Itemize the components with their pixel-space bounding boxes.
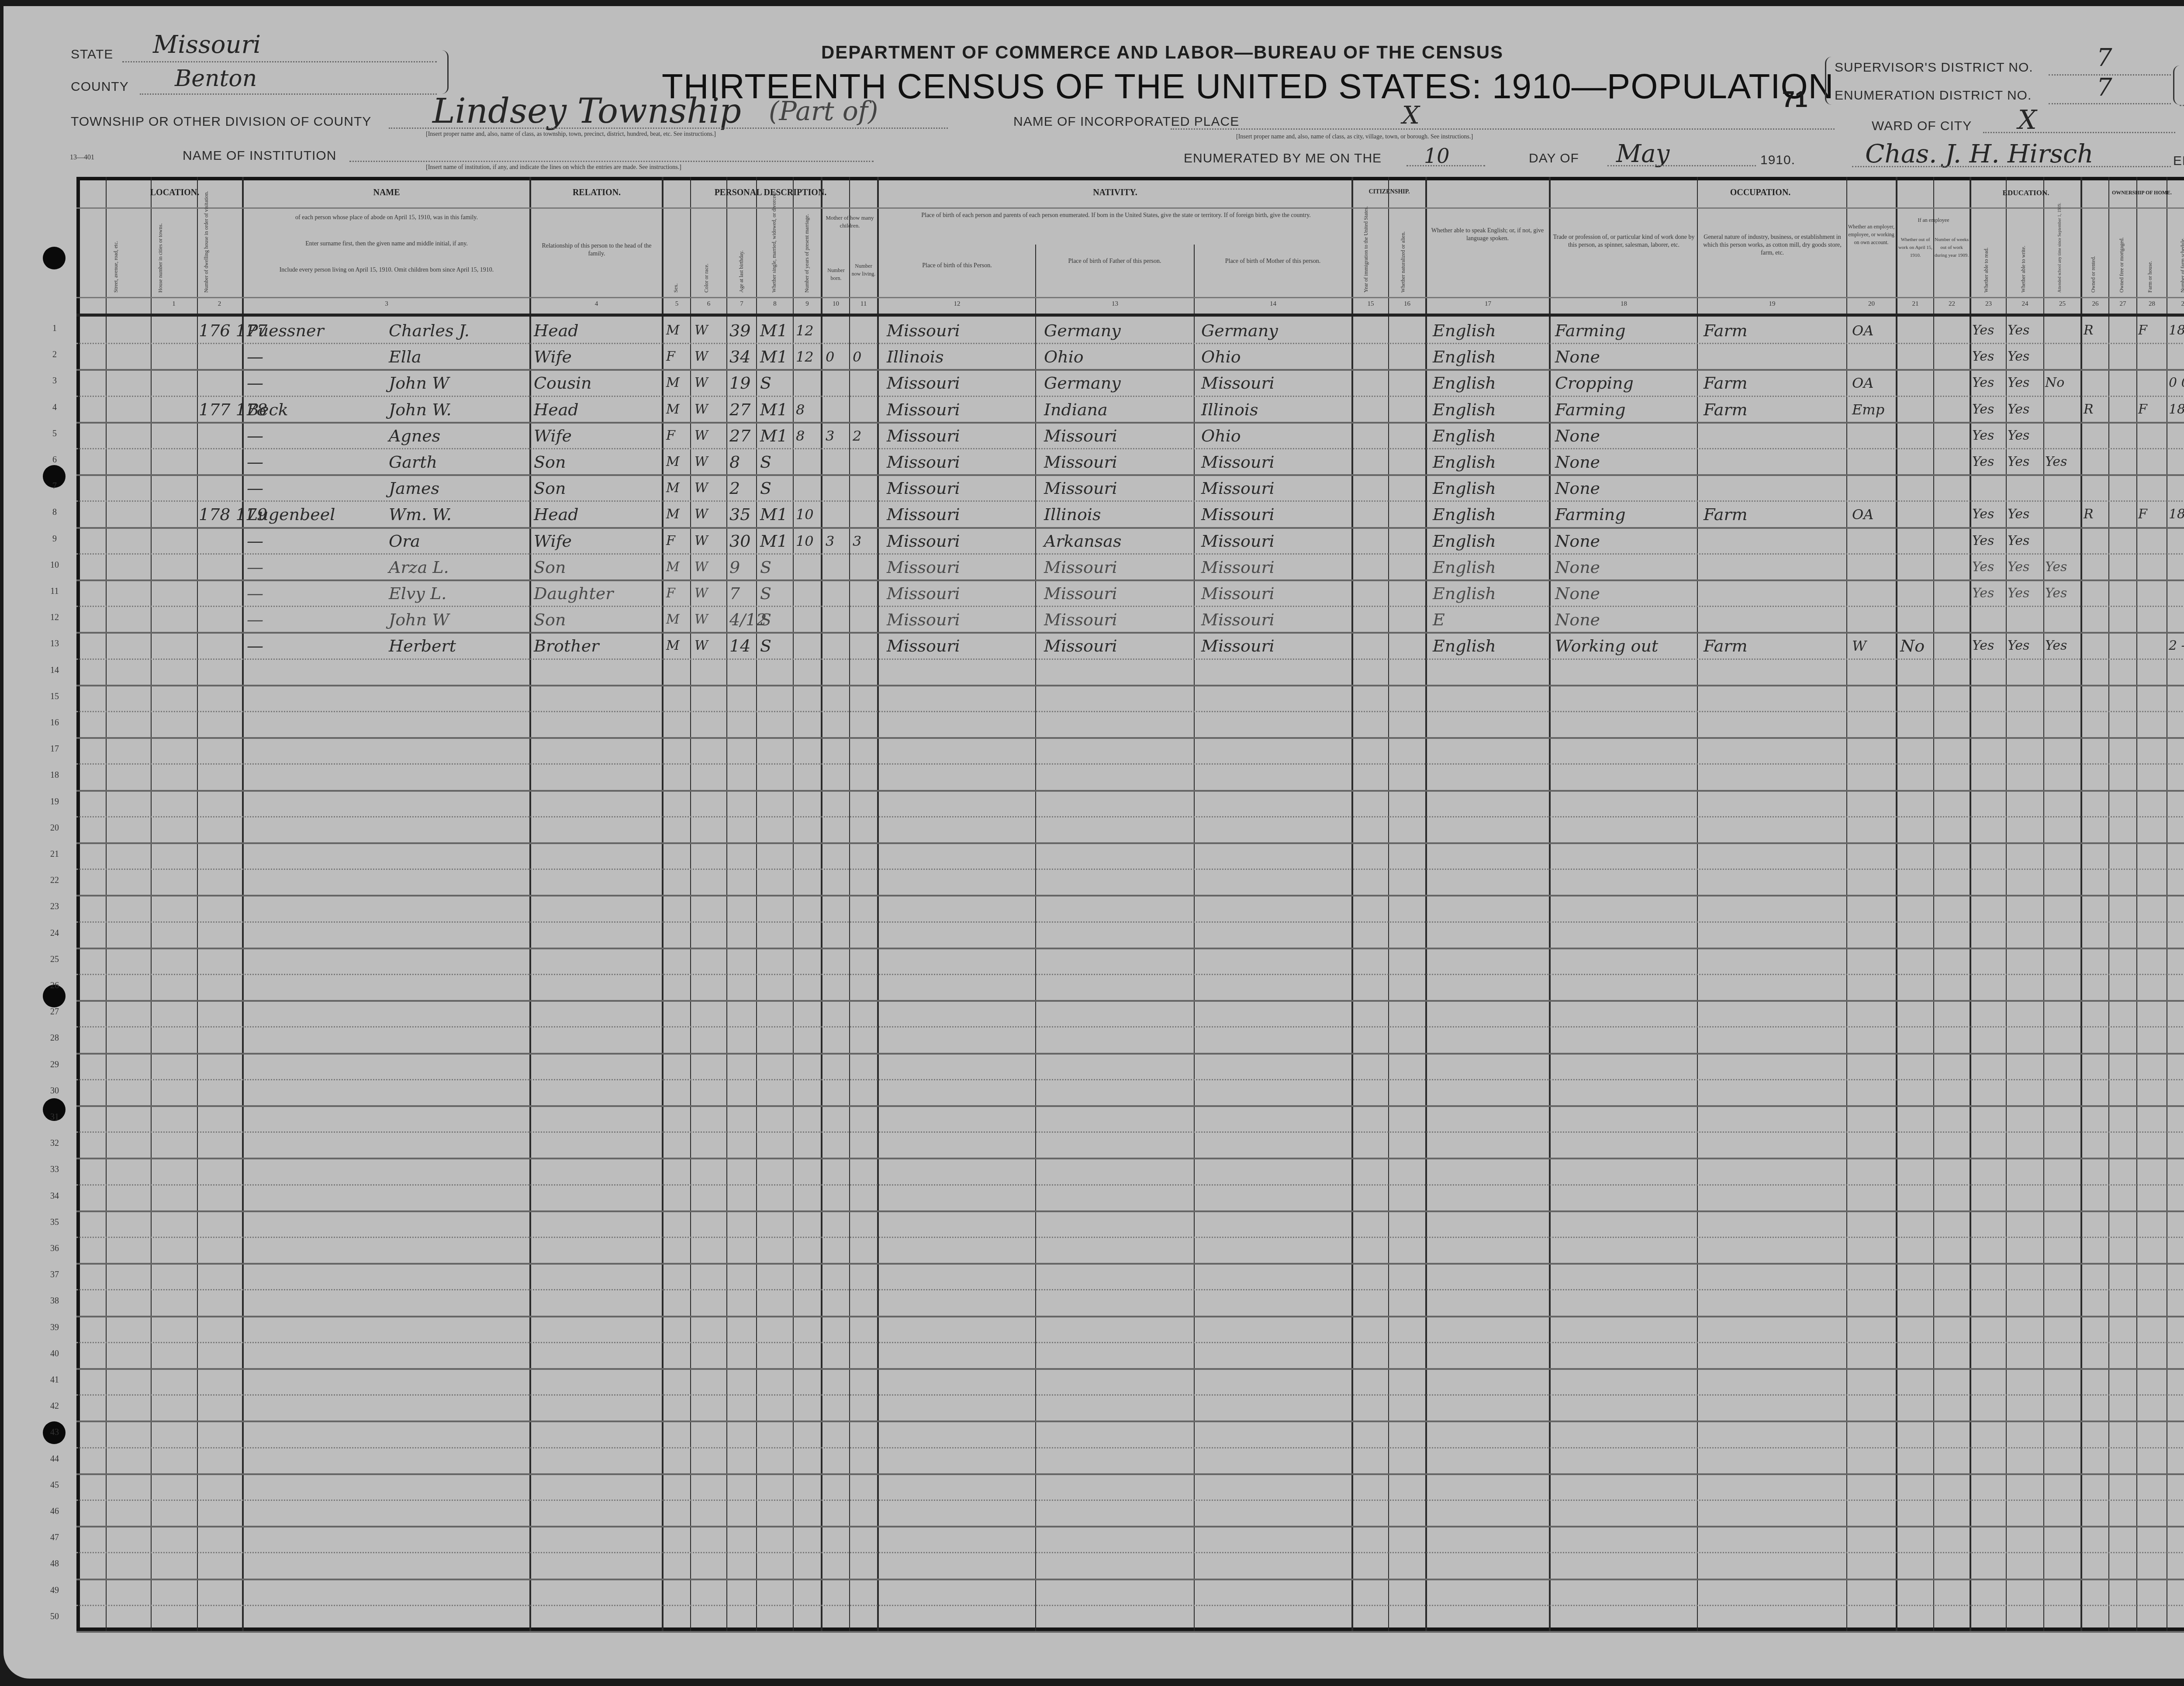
- line-number: 21: [46, 849, 63, 859]
- row-rule: [76, 1473, 2184, 1475]
- cell-surname: —: [247, 607, 263, 633]
- cell-given: Ella: [389, 344, 422, 370]
- col-number: 19: [1698, 300, 1846, 308]
- cell-pob-father: Germany: [1044, 317, 1121, 344]
- col-number: 14: [1195, 300, 1351, 308]
- col-line: [106, 177, 107, 1631]
- cell-write: Yes: [2008, 449, 2029, 475]
- cell-race: W: [695, 501, 708, 528]
- line-number: 7: [46, 481, 63, 491]
- header-marital: Whether single, married, widowed, or div…: [771, 214, 778, 293]
- cell-years: 12: [796, 344, 814, 370]
- cell-trade: None: [1555, 554, 1600, 580]
- cell-living: 0: [853, 344, 861, 370]
- cell-pob-mother: Missouri: [1201, 370, 1275, 396]
- supervisor-label: Supervisor's District No.: [1835, 60, 2033, 75]
- township-line: [389, 128, 948, 129]
- cell-schedule: 183: [2169, 501, 2184, 528]
- cell-farm: F: [2138, 501, 2147, 528]
- bracket: [442, 50, 449, 94]
- row-rule: [76, 1131, 2184, 1133]
- cell-marital: S: [760, 449, 771, 475]
- row-rule: [76, 763, 2184, 765]
- cell-trade: None: [1555, 528, 1600, 554]
- header-born: Number born.: [822, 266, 850, 282]
- cell-read: Yes: [1972, 317, 1994, 344]
- cell-surname: —: [247, 528, 263, 554]
- header-rule: [76, 314, 2184, 317]
- cell-language: English: [1433, 580, 1496, 607]
- col-number: 1: [151, 300, 197, 308]
- row-rule: [76, 1368, 2184, 1370]
- cell-born: 3: [826, 528, 834, 554]
- cell-sex: M: [666, 370, 680, 396]
- header-naturalized: Whether naturalized or alien.: [1400, 214, 1406, 293]
- line-number: 24: [46, 928, 63, 938]
- cell-pob: Missouri: [887, 501, 960, 528]
- cell-farm: F: [2138, 317, 2147, 344]
- incorporated-label: Name of incorporated place: [1013, 114, 1239, 129]
- cell-age: 19: [729, 370, 750, 396]
- line-number: 32: [46, 1138, 63, 1148]
- cell-surname: Beck: [247, 397, 288, 423]
- row-rule: [76, 869, 2184, 870]
- cell-age: 2: [729, 475, 740, 501]
- cell-trade: None: [1555, 423, 1600, 449]
- header-name-desc1: of each person whose place of abode on A…: [253, 214, 520, 222]
- cell-language: English: [1433, 370, 1496, 396]
- cell-sex: M: [666, 554, 680, 580]
- header-mortgage: Owned free or mortgaged.: [2118, 214, 2125, 293]
- cell-write: Yes: [2008, 397, 2029, 423]
- cell-pob-father: Germany: [1044, 370, 1121, 396]
- cell-language: E: [1433, 607, 1445, 633]
- enumerated-day: 10: [1424, 144, 1450, 168]
- header-house: House number in cities or towns.: [157, 214, 164, 293]
- col-line: [877, 177, 879, 1631]
- cell-farm: F: [2138, 397, 2147, 423]
- line-number: 47: [46, 1533, 63, 1543]
- col-number: 22: [1934, 300, 1970, 308]
- header-language: Whether able to speak English; or, if no…: [1427, 227, 1548, 243]
- cell-surname: —: [247, 554, 263, 580]
- cell-write: Yes: [2008, 633, 2029, 659]
- cell-living: 3: [853, 528, 861, 554]
- line-number: 29: [46, 1060, 63, 1070]
- cell-relation: Cousin: [534, 370, 592, 396]
- col-number: 18: [1551, 300, 1697, 308]
- cell-marital: S: [760, 475, 771, 501]
- cell-race: W: [695, 475, 708, 501]
- cell-schedule: 2 - 1 - 0 - 0: [2169, 633, 2184, 659]
- cell-relation: Head: [534, 317, 579, 344]
- header-rule: [76, 297, 2184, 298]
- cell-relation: Son: [534, 554, 566, 580]
- header-personal: PERSONAL DESCRIPTION.: [663, 188, 878, 198]
- col-number: 28: [2137, 300, 2167, 308]
- cell-years: 12: [796, 317, 814, 344]
- cell-surname: —: [247, 449, 263, 475]
- month-line: [1607, 165, 1756, 166]
- header-sex: Sex.: [673, 245, 679, 293]
- col-line: [2136, 177, 2137, 1631]
- header-read: Whether able to read.: [1983, 214, 1990, 293]
- cell-pob: Missouri: [887, 449, 960, 475]
- cell-pob-mother: Ohio: [1201, 423, 1241, 449]
- header-employer: Whether an employer, employee, or workin…: [1847, 223, 1896, 246]
- col-number: 15: [1353, 300, 1388, 308]
- enumerator-line: [1852, 166, 2171, 167]
- col-number: 2: [197, 300, 242, 308]
- line-number: 33: [46, 1165, 63, 1175]
- header-name-desc3: Include every person living on April 15,…: [253, 266, 520, 274]
- line-number: 50: [46, 1612, 63, 1622]
- line-number: 40: [46, 1349, 63, 1359]
- cell-surname: —: [247, 370, 263, 396]
- cell-given: Arza L.: [389, 554, 449, 580]
- cell-years: 8: [796, 423, 805, 449]
- cell-pob: Missouri: [887, 423, 960, 449]
- col-line: [662, 177, 663, 1631]
- cell-age: 14: [729, 633, 750, 659]
- cell-industry: Farm: [1704, 633, 1748, 659]
- row-rule: [76, 737, 2184, 739]
- cell-trade: Cropping: [1555, 370, 1634, 396]
- cell-pob: Missouri: [887, 607, 960, 633]
- cell-pob-mother: Missouri: [1201, 607, 1275, 633]
- line-number: 9: [46, 534, 63, 544]
- header-birth-father: Place of birth of Father of this person.: [1036, 258, 1193, 265]
- cell-write: Yes: [2008, 528, 2029, 554]
- header-location: LOCATION.: [107, 188, 242, 198]
- col-line: [1388, 177, 1389, 1631]
- institution-line: [349, 161, 874, 162]
- day-of-label: day of: [1529, 151, 1579, 166]
- col-line: [1933, 177, 1934, 1631]
- cell-age: 35: [729, 501, 750, 528]
- cell-given: Ora: [389, 528, 420, 554]
- line-number: 31: [46, 1112, 63, 1122]
- cell-years: 10: [796, 501, 814, 528]
- cell-marital: M1: [760, 501, 788, 528]
- institution-instruction: [Insert name of institution, if any, and…: [426, 164, 681, 171]
- cell-relation: Daughter: [534, 580, 613, 607]
- township-label: Township or other division of county: [71, 114, 371, 129]
- row-rule: [76, 816, 2184, 817]
- cell-race: W: [695, 397, 708, 423]
- stamp-number: 71: [1782, 86, 1807, 113]
- header-school: Attended school any time since September…: [2057, 214, 2062, 293]
- cell-marital: M1: [760, 317, 788, 344]
- line-number: 3: [46, 376, 63, 386]
- header-rule: [76, 207, 2184, 209]
- cell-sex: F: [666, 423, 675, 449]
- header-if-employee: If an employee: [1897, 216, 1970, 224]
- line-number: 41: [46, 1375, 63, 1385]
- cell-surname: —: [247, 344, 263, 370]
- col-line: [1035, 245, 1036, 1631]
- col-line: [529, 177, 531, 1631]
- cell-trade: None: [1555, 607, 1600, 633]
- col-number: 8: [757, 300, 793, 308]
- cell-read: Yes: [1972, 449, 1994, 475]
- cell-write: Yes: [2008, 501, 2029, 528]
- cell-language: English: [1433, 554, 1496, 580]
- cell-pob: Illinois: [887, 344, 943, 370]
- header-birth-mother: Place of birth of Mother of this person.: [1195, 258, 1351, 265]
- col-number: 20: [1847, 300, 1896, 308]
- cell-language: English: [1433, 633, 1496, 659]
- line-number: 30: [46, 1086, 63, 1096]
- row-rule: [76, 1631, 2184, 1633]
- department-title: DEPARTMENT OF COMMERCE AND LABOR—BUREAU …: [821, 42, 1503, 63]
- cell-pob-father: Missouri: [1044, 475, 1117, 501]
- county-value: Benton: [175, 66, 257, 92]
- col-line: [849, 177, 850, 1631]
- cell-write: Yes: [2008, 317, 2029, 344]
- row-rule: [76, 1526, 2184, 1527]
- ed-value: 7: [2097, 73, 2112, 102]
- cell-surname: —: [247, 580, 263, 607]
- header-street: Street, avenue, road, etc.: [113, 214, 119, 293]
- cell-schedule: 181: [2169, 317, 2184, 344]
- header-trade: Trade or profession of, or particular ki…: [1553, 234, 1695, 249]
- row-rule: [76, 948, 2184, 949]
- header-ownership: OWNERSHIP OF HOME.: [2082, 190, 2184, 196]
- col-number: 27: [2109, 300, 2136, 308]
- line-number: 27: [46, 1007, 63, 1017]
- cell-race: W: [695, 317, 708, 344]
- cell-surname: —: [247, 475, 263, 501]
- cell-write: Yes: [2008, 344, 2029, 370]
- cell-pob-mother: Missouri: [1201, 633, 1275, 659]
- cell-language: English: [1433, 501, 1496, 528]
- cell-sex: F: [666, 344, 675, 370]
- cell-age: 7: [729, 580, 740, 607]
- line-number: 11: [46, 586, 63, 596]
- cell-sex: F: [666, 580, 675, 607]
- col-number: 26: [2082, 300, 2108, 308]
- cell-race: W: [695, 370, 708, 396]
- cell-read: Yes: [1972, 528, 1994, 554]
- incorporated-instruction: [Insert proper name and, also, name of c…: [1236, 134, 1473, 141]
- cell-schedule: 0 0 0 0: [2169, 370, 2184, 396]
- cell-pob: Missouri: [887, 475, 960, 501]
- col-line: [2080, 177, 2082, 1631]
- row-rule: [76, 1053, 2184, 1055]
- cell-age: 39: [729, 317, 750, 344]
- cell-age: 27: [729, 397, 750, 423]
- cell-class: OA: [1852, 501, 1873, 528]
- cell-industry: Farm: [1704, 397, 1748, 423]
- header-occupation: OCCUPATION.: [1551, 188, 1970, 198]
- col-number: 29: [2167, 300, 2184, 308]
- col-line: [1549, 177, 1551, 1631]
- col-number: 4: [531, 300, 662, 308]
- line-number: 4: [46, 403, 63, 413]
- sheet-line: [2180, 105, 2184, 106]
- col-number: 9: [794, 300, 821, 308]
- cell-race: W: [695, 554, 708, 580]
- cell-relation: Wife: [534, 423, 572, 449]
- cell-pob-father: Missouri: [1044, 449, 1117, 475]
- cell-class: OA: [1852, 370, 1873, 396]
- cell-sex: M: [666, 501, 680, 528]
- cell-born: 3: [826, 423, 834, 449]
- col-number: 11: [850, 300, 877, 308]
- cell-language: English: [1433, 344, 1496, 370]
- line-number: 19: [46, 797, 63, 807]
- col-number: 12: [879, 300, 1035, 308]
- line-number: 37: [46, 1270, 63, 1280]
- cell-marital: S: [760, 370, 771, 396]
- line-number: 42: [46, 1401, 63, 1411]
- cell-race: W: [695, 528, 708, 554]
- cell-pob-mother: Missouri: [1201, 580, 1275, 607]
- cell-read: Yes: [1972, 501, 1994, 528]
- line-number: 34: [46, 1191, 63, 1201]
- institution-label: Name of institution: [183, 148, 336, 163]
- cell-given: Agnes: [389, 423, 440, 449]
- form-number: 13—401: [70, 154, 94, 162]
- cell-surname: —: [247, 633, 263, 659]
- cell-write: Yes: [2008, 423, 2029, 449]
- cell-school: Yes: [2045, 633, 2067, 659]
- header-out-of-work: Whether out of work on April 15, 1910.: [1897, 236, 1933, 259]
- cell-race: W: [695, 423, 708, 449]
- header-write: Whether able to write.: [2020, 214, 2027, 293]
- line-number: 18: [46, 770, 63, 780]
- col-line: [2006, 177, 2007, 1631]
- cell-pob: Missouri: [887, 633, 960, 659]
- cell-race: W: [695, 580, 708, 607]
- line-number: 49: [46, 1586, 63, 1596]
- cell-relation: Son: [534, 475, 566, 501]
- cell-trade: Farming: [1555, 397, 1626, 423]
- cell-relation: Wife: [534, 344, 572, 370]
- county-label: County: [71, 79, 129, 94]
- incorporated-value: X: [1402, 101, 1420, 130]
- cell-write: Yes: [2008, 370, 2029, 396]
- row-rule: [76, 1105, 2184, 1107]
- col-line: [1846, 177, 1847, 1631]
- ward-label: Ward of city: [1872, 119, 1972, 134]
- state-value: Missouri: [153, 31, 261, 59]
- township-instruction: [Insert proper name and, also, name of c…: [426, 131, 716, 138]
- bracket: [2173, 66, 2180, 105]
- cell-age: 9: [729, 554, 740, 580]
- cell-school: Yes: [2045, 554, 2067, 580]
- cell-relation: Head: [534, 397, 579, 423]
- cell-trade: None: [1555, 580, 1600, 607]
- col-line: [2167, 177, 2167, 1631]
- header-relation-desc: Relationship of this person to the head …: [536, 242, 658, 258]
- cell-trade: Farming: [1555, 317, 1626, 344]
- bracket: [1825, 57, 1832, 105]
- cell-pob: Missouri: [887, 397, 960, 423]
- cell-born: 0: [826, 344, 834, 370]
- cell-trade: Farming: [1555, 501, 1626, 528]
- header-birth-person: Place of birth of this Person.: [879, 262, 1035, 270]
- ed-label: Enumeration District No.: [1835, 88, 2032, 103]
- cell-own: R: [2084, 317, 2094, 344]
- cell-write: Yes: [2008, 554, 2029, 580]
- cell-pob: Missouri: [887, 317, 960, 344]
- cell-industry: Farm: [1704, 370, 1748, 396]
- col-line: [242, 177, 244, 1631]
- header-relation: RELATION.: [531, 188, 662, 198]
- line-number: 2: [46, 350, 63, 360]
- header-education: EDUCATION.: [1971, 189, 2080, 197]
- col-line: [690, 177, 691, 1631]
- cell-relation: Brother: [534, 633, 599, 659]
- header-weeks-out: Number of weeks out of work during year …: [1934, 236, 1969, 259]
- cell-age: 8: [729, 449, 740, 475]
- col-line: [1425, 177, 1427, 1631]
- line-number: 8: [46, 507, 63, 517]
- header-age: Age at last birthday.: [738, 214, 745, 293]
- header-farm-house: Farm or house.: [2147, 214, 2153, 293]
- cell-read: Yes: [1972, 397, 1994, 423]
- col-number: 7: [727, 300, 756, 308]
- col-line: [1970, 177, 1971, 1631]
- line-number: 23: [46, 902, 63, 912]
- col-line: [2108, 177, 2109, 1631]
- cell-years: 10: [796, 528, 814, 554]
- line-number: 17: [46, 744, 63, 754]
- col-line: [1896, 177, 1897, 1631]
- line-number: 25: [46, 955, 63, 965]
- col-number: 24: [2007, 300, 2043, 308]
- cell-given: Charles J.: [389, 317, 470, 344]
- line-number: 6: [46, 455, 63, 465]
- cell-given: John W.: [389, 397, 452, 423]
- row-rule: [76, 895, 2184, 896]
- supervisor-value: 7: [2097, 44, 2112, 72]
- line-number: 15: [46, 692, 63, 702]
- cell-years: 8: [796, 397, 805, 423]
- cell-read: Yes: [1972, 554, 1994, 580]
- line-number: 28: [46, 1033, 63, 1043]
- line-number: 14: [46, 665, 63, 676]
- cell-given: Elvy L.: [389, 580, 446, 607]
- cell-read: Yes: [1972, 344, 1994, 370]
- cell-marital: M1: [760, 528, 788, 554]
- row-rule: [76, 1421, 2184, 1422]
- county-line: [140, 93, 437, 95]
- col-number: 21: [1897, 300, 1933, 308]
- header-living: Number now living.: [850, 262, 877, 278]
- col-line: [1194, 245, 1195, 1631]
- cell-sex: F: [666, 528, 675, 554]
- cell-read: Yes: [1972, 633, 1994, 659]
- line-number: 38: [46, 1296, 63, 1306]
- line-number: 45: [46, 1480, 63, 1490]
- cell-own: R: [2084, 501, 2094, 528]
- row-rule: [76, 1342, 2184, 1343]
- cell-race: W: [695, 449, 708, 475]
- cell-pob-father: Arkansas: [1044, 528, 1121, 554]
- cell-relation: Son: [534, 607, 566, 633]
- cell-industry: Farm: [1704, 501, 1748, 528]
- row-rule: [76, 1263, 2184, 1265]
- cell-write: Yes: [2008, 580, 2029, 607]
- cell-pob-mother: Illinois: [1201, 397, 1258, 423]
- ward-value: X: [2018, 105, 2037, 135]
- col-line: [197, 177, 198, 1631]
- line-number: 5: [46, 429, 63, 439]
- col-line: [1351, 177, 1353, 1631]
